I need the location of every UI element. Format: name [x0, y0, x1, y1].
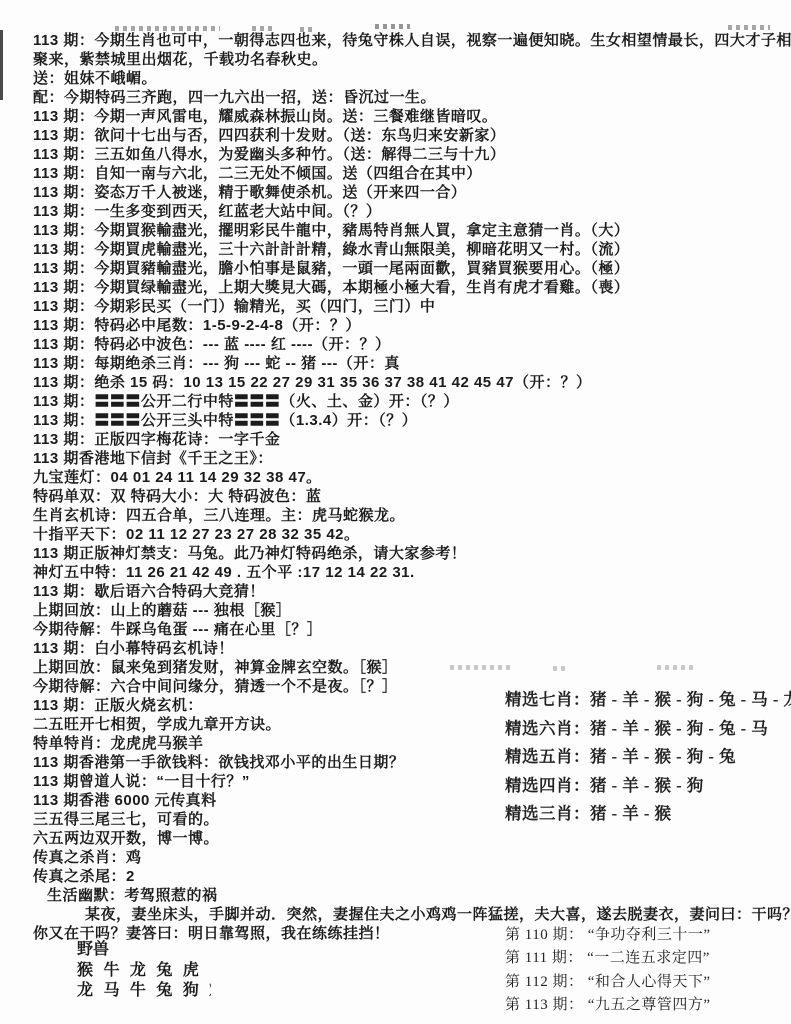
beast-title: 野兽 — [77, 939, 211, 961]
doc-line: 今期待解：牛踩乌龟蛋 --- 痛在心里［？］ — [33, 620, 791, 639]
doc-line: 113 期：白小幕特码玄机诗！ — [33, 639, 791, 658]
past-issue-line: 第 113 期： “九五之尊管四方” — [505, 994, 791, 1017]
clipped-text-smudge — [375, 24, 410, 29]
doc-line: 配：今期特码三齐跑，四一九六出一招，送：昏沉过一生。 — [33, 88, 791, 107]
doc-line: 113 期：特码必中尾数：1-5-9-2-4-8（开：？） — [33, 316, 791, 335]
clipped-text-smudge — [728, 25, 770, 30]
doc-line: 113 期：绝杀 15 码：10 13 15 22 27 29 31 35 36… — [33, 373, 791, 392]
doc-line: 生活幽默：考驾照惹的祸 — [33, 886, 791, 905]
past-issues-column: 第 110 期： “争功夺利三十一”第 111 期： “一二连五求定四”第 11… — [505, 924, 791, 1017]
doc-line: 113 期：今期彩民买（一门）输精光，买（四门，三门）中 — [33, 297, 791, 316]
doc-line: 113 期：今期買虎輸盡光，三十六計計計精，綠水青山無限美，柳暗花明又一村。（流… — [33, 240, 791, 259]
doc-line: 113 期：自知一南与六北，二三无处不倾国。送（四组合在其中） — [33, 164, 791, 183]
doc-line: 113 期正版神灯禁支：马兔。此乃神灯特码绝杀，请大家参考！ — [33, 544, 791, 563]
doc-line: 113 期：〓〓〓公开三头中特〓〓〓（1.3.4）开：（？） — [33, 411, 791, 430]
doc-line: 113 期：今期買豬輸盡光，膽小怕事是鼠豬，一頭一尾兩面歡，買豬買猴要用心。（極… — [33, 259, 791, 278]
doc-line: 113 期：今期生肖也可中，一朝得志四也来，待兔守株人自误，视察一遍便知晓。生女… — [33, 31, 791, 50]
past-issue-line: 第 111 期： “一二连五求定四” — [505, 947, 791, 970]
doc-line: 特码单双：双 特码大小：大 特码波色：蓝 — [33, 487, 791, 506]
doc-line: 上期回放：鼠来兔到猪发财，神算金牌玄空数。［猴］ — [33, 658, 791, 677]
past-issue-line: 第 112 期： “和合人心得天下” — [505, 971, 791, 994]
doc-line: 十指平天下：02 11 12 27 23 27 28 32 35 42。 — [33, 525, 791, 544]
doc-line: 113 期：三五如鱼八得水，为爱幽头多种竹。（送：解得二三与十九） — [33, 145, 791, 164]
tip-sheet-page: 113 期：今期生肖也可中，一朝得志四也来，待兔守株人自误，视察一遍便知晓。生女… — [0, 0, 791, 1024]
doc-line: 生肖玄机诗：四五合单，三八连理。主：虎马蛇猴龙。 — [33, 506, 791, 525]
doc-line: 113 期：今期一声风雷电，耀威森林振山岗。送：三餐难继皆暗叹。 — [33, 107, 791, 126]
doc-line: 113 期：欲问十七出与否，四四获利十发财。（送：东鸟归来安新家） — [33, 126, 791, 145]
beast-row: 猴 牛 龙 兔 虎 鼠 — [77, 961, 211, 981]
doc-line: 113 期：今期買猴輸盡光，擺明彩民牛龍中，豬馬特肖無人買，拿定主意猜一肖。（大… — [33, 221, 791, 240]
selection-line: 精选六肖：猪 - 羊 - 猴 - 狗 - 兔 - 马 — [505, 715, 791, 744]
doc-line: 送：姐妹不峨嵋。 — [33, 69, 791, 88]
doc-line: 传真之杀肖：鸡 — [33, 848, 791, 867]
doc-line: 113 期香港地下信封《千王之王》： — [33, 449, 791, 468]
selection-column: 精选七肖：猪 - 羊 - 猴 - 狗 - 兔 - 马 - 龙精选六肖：猪 - 羊… — [505, 686, 791, 829]
doc-line: 113 期：〓〓〓公开二行中特〓〓〓（火、土、金）开：（？） — [33, 392, 791, 411]
doc-line: 聚来，紫禁城里出烟花，千载功名春秋史。 — [33, 50, 791, 69]
selection-line: 精选四肖：猪 - 羊 - 猴 - 狗 — [505, 772, 791, 801]
beast-row: 龙 马 牛 兔 狗 鸡 — [77, 981, 211, 1001]
doc-line: 传真之杀尾：2 — [33, 867, 791, 886]
doc-line: 113 期：特码必中波色：--- 蓝 ---- 红 ----（开：？） — [33, 335, 791, 354]
doc-line: 上期回放：山上的蘑菇 --- 独根［猴］ — [33, 601, 791, 620]
doc-line: 113 期：正版四字梅花诗：一字千金 — [33, 430, 791, 449]
doc-line: 神灯五中特：11 26 21 42 49 . 五个平 :17 12 14 22 … — [33, 563, 791, 582]
selection-line: 精选五肖：猪 - 羊 - 猴 - 狗 - 兔 — [505, 743, 791, 772]
doc-line: 113 期：今期買绿輸盡光，上期大獎見大碼，本期極小極大看，生肖有虎才看雞。（喪… — [33, 278, 791, 297]
doc-line: 六五两边双开数，博一博。 — [33, 829, 791, 848]
selection-line: 精选七肖：猪 - 羊 - 猴 - 狗 - 兔 - 马 - 龙 — [505, 686, 791, 715]
scan-edge-artifact — [0, 30, 3, 100]
beast-block: 野兽 猴 牛 龙 兔 虎 鼠龙 马 牛 兔 狗 鸡 — [77, 939, 211, 1000]
doc-line: 113 期：每期绝杀三肖：--- 狗 --- 蛇 -- 猪 ---（开：真 — [33, 354, 791, 373]
past-issue-line: 第 110 期： “争功夺利三十一” — [505, 924, 791, 947]
doc-line: 113 期：一生多变到西天，红蓝老大站中间。（？） — [33, 202, 791, 221]
doc-line: 113 期：歇后语六合特码大竞猜！ — [33, 582, 791, 601]
doc-line: 九宝莲灯：04 01 24 11 14 29 32 38 47。 — [33, 468, 791, 487]
selection-line: 精选三肖：猪 - 羊 - 猴 — [505, 800, 791, 829]
doc-line: 某夜，妻坐床头，手脚并动．突然，妻握住夫之小鸡鸡一阵猛搓，夫大喜，遂去脱妻衣，妻… — [33, 905, 791, 924]
doc-line: 113 期：姿态万千人被迷，精于歌舞使杀机。送（开来四一合） — [33, 183, 791, 202]
